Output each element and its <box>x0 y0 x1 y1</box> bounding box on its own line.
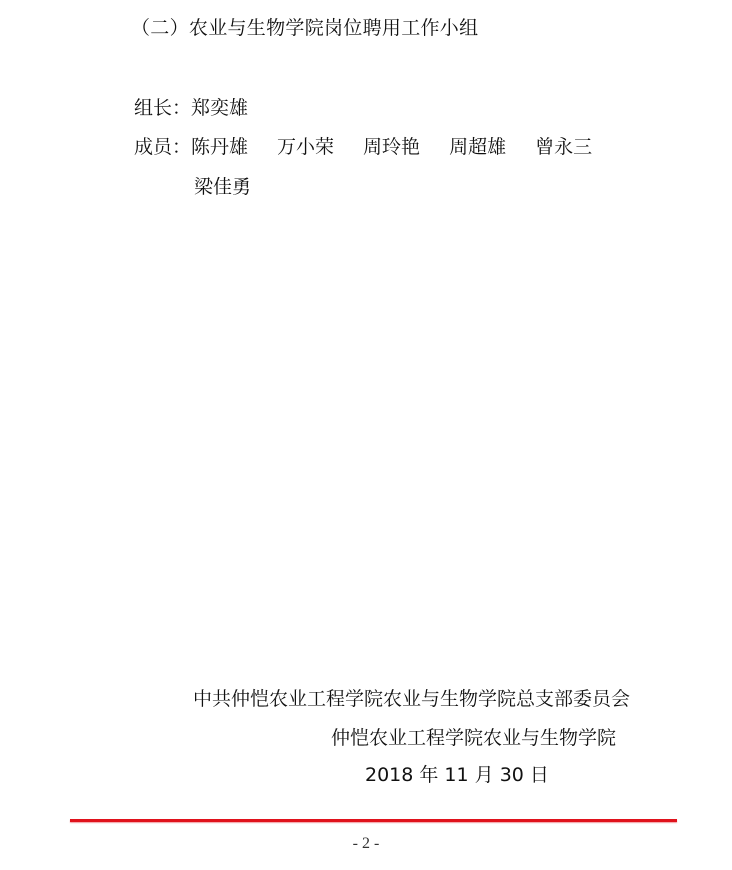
signature-date: 2018 年 11 月 30 日 <box>365 764 549 786</box>
group-members-label: 成员： <box>134 136 191 158</box>
group-leader-name: 郑奕雄 <box>191 97 248 119</box>
member-name: 曾永三 <box>535 136 592 158</box>
group-members-row: 成员：陈丹雄万小荣周玲艳周超雄曾永三 <box>134 136 592 158</box>
signature-party-committee: 中共仲恺农业工程学院农业与生物学院总支部委员会 <box>193 688 630 710</box>
section-heading: （二）农业与生物学院岗位聘用工作小组 <box>131 17 478 39</box>
group-leader-label: 组长： <box>134 97 191 119</box>
member-name: 周玲艳 <box>363 136 420 158</box>
member-name: 陈丹雄 <box>191 136 248 158</box>
group-leader-row: 组长：郑奕雄 <box>134 97 248 119</box>
footer-red-rule <box>70 819 677 822</box>
member-name: 万小荣 <box>277 136 334 158</box>
signature-college: 仲恺农业工程学院农业与生物学院 <box>331 727 616 749</box>
group-members-row-continued: 梁佳勇 <box>194 176 251 198</box>
member-name: 周超雄 <box>449 136 506 158</box>
member-name: 梁佳勇 <box>194 176 251 198</box>
page-number: - 2 - <box>0 835 732 853</box>
